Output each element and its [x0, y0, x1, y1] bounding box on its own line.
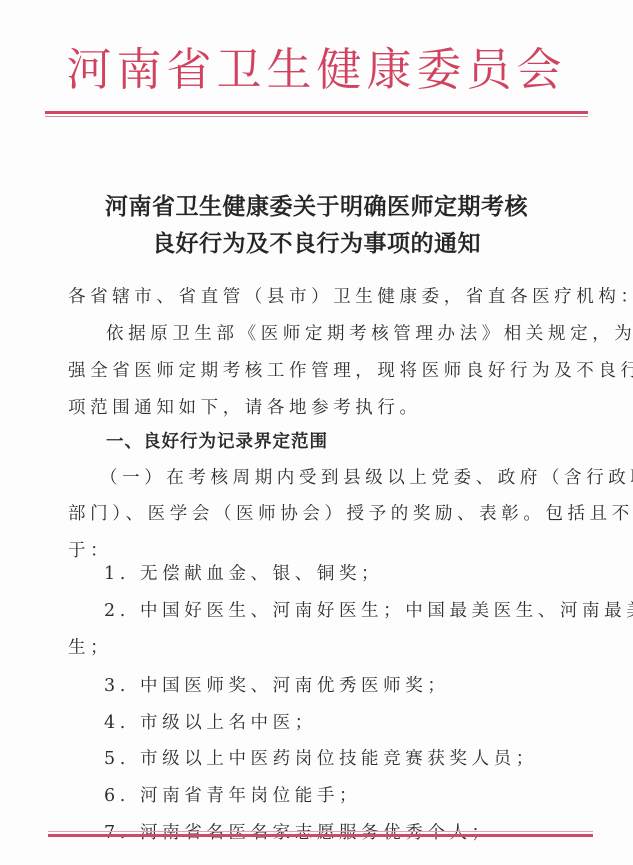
list-item-1: 1. 无偿献血金、银、铜奖； [104, 562, 383, 586]
document-title-line-1: 河南省卫生健康委关于明确医师定期考核 [0, 192, 633, 222]
subsection-line-1: （一）在考核周期内受到县级以上党委、政府（含行政职能 [100, 466, 633, 490]
list-item-4: 4. 市级以上名中医； [104, 711, 317, 735]
intro-line-1: 依据原卫生部《医师定期考核管理办法》相关规定，为加 [106, 322, 633, 346]
list-item-2: 2. 中国好医生、河南好医生；中国最美医生、河南最美医 [104, 599, 633, 623]
addressee: 各省辖市、省直管（县市）卫生健康委，省直各医疗机构： [68, 285, 633, 309]
subsection-line-3: 于： [68, 539, 112, 563]
list-item-5: 5. 市级以上中医药岗位技能竞赛获奖人员； [104, 747, 538, 771]
letterhead-red-rule-thin [45, 116, 588, 117]
letterhead-org-name: 河南省卫生健康委员会 [0, 42, 633, 98]
letterhead-red-rule [45, 111, 588, 114]
footer-red-rule-thin [48, 831, 593, 832]
list-item-7: 7. 河南省名医名家志愿服务优秀个人； [104, 821, 494, 845]
document-title-line-2: 良好行为及不良行为事项的通知 [0, 229, 633, 259]
footer-red-rule [48, 834, 593, 837]
list-item-3: 3. 中国医师奖、河南优秀医师奖； [104, 674, 449, 698]
intro-line-3: 项范围通知如下，请各地参考执行。 [68, 396, 422, 420]
subsection-line-2: 部门）、医学会（医师协会）授予的奖励、表彰。包括且不限 [68, 502, 633, 526]
intro-line-2: 强全省医师定期考核工作管理，现将医师良好行为及不良行为事 [68, 359, 633, 383]
section-heading-1: 一、良好行为记录界定范围 [106, 430, 328, 454]
list-item-6: 6. 河南省青年岗位能手； [104, 784, 361, 808]
list-item-2-continued: 生； [68, 636, 112, 660]
